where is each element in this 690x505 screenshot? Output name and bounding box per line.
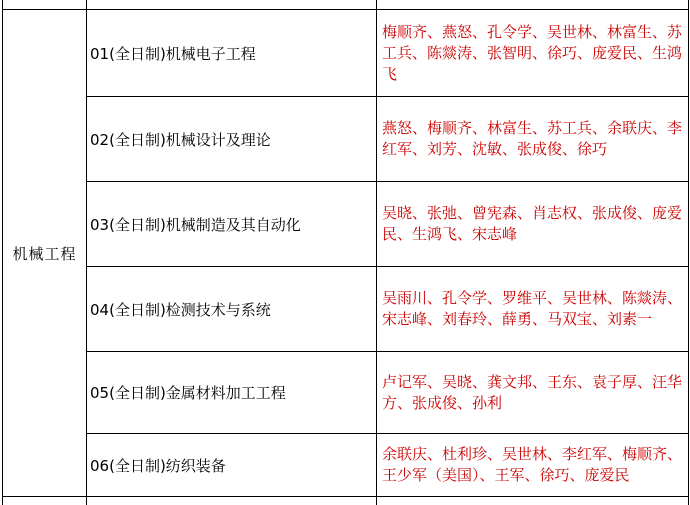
advisors-text: 卢记军、吴晓、龚文邦、王东、袁子厚、汪华方、张成俊、孙利: [382, 372, 686, 414]
advisors-cell: 余联庆、杜利珍、吴世林、李红军、梅顺齐、王少军（美国）、王军、徐巧、庞爱民: [377, 434, 688, 496]
advisors-cell: 吴晓、张弛、曾宪森、肖志权、张成俊、庞爱民、生鸿飞、宋志峰: [377, 182, 688, 266]
advisors-cell: 梅顺齐、燕怒、孔令学、吴世林、林富生、苏工兵、陈燚涛、张智明、徐巧、庞爱民、生鸿…: [377, 10, 688, 96]
program-label: 06(全日制)纺织装备: [90, 455, 226, 476]
advisors-cell: 燕怒、梅顺齐、林富生、苏工兵、余联庆、李红军、刘芳、沈敏、张成俊、徐巧: [377, 97, 688, 181]
program-label: 01(全日制)机械电子工程: [90, 43, 256, 64]
program-cell: 03(全日制)机械制造及其自动化: [87, 182, 376, 266]
advisors-text: 吴雨川、孔令学、罗维平、吴世林、陈燚涛、宋志峰、刘春玲、薛勇、马双宝、刘素一: [382, 288, 686, 330]
program-cell: 04(全日制)检测技术与系统: [87, 267, 376, 351]
advisors-text: 余联庆、杜利珍、吴世林、李红军、梅顺齐、王少军（美国）、王军、徐巧、庞爱民: [382, 444, 686, 486]
program-label: 04(全日制)检测技术与系统: [90, 299, 271, 320]
table-row: 05(全日制)金属材料加工工程 卢记军、吴晓、龚文邦、王东、袁子厚、汪华方、张成…: [0, 352, 690, 433]
program-cell: 02(全日制)机械设计及理论: [87, 97, 376, 181]
program-cell: 05(全日制)金属材料加工工程: [87, 352, 376, 433]
program-label: 05(全日制)金属材料加工工程: [90, 382, 286, 403]
program-label: 02(全日制)机械设计及理论: [90, 129, 271, 150]
table-row: 02(全日制)机械设计及理论 燕怒、梅顺齐、林富生、苏工兵、余联庆、李红军、刘芳…: [0, 97, 690, 181]
advisors-text: 燕怒、梅顺齐、林富生、苏工兵、余联庆、李红军、刘芳、沈敏、张成俊、徐巧: [382, 118, 686, 160]
advisors-cell: 吴雨川、孔令学、罗维平、吴世林、陈燚涛、宋志峰、刘春玲、薛勇、马双宝、刘素一: [377, 267, 688, 351]
graduate-programs-table: 机械工程 01(全日制)机械电子工程 梅顺齐、燕怒、孔令学、吴世林、林富生、苏工…: [0, 0, 690, 505]
table-row: 03(全日制)机械制造及其自动化 吴晓、张弛、曾宪森、肖志权、张成俊、庞爱民、生…: [0, 182, 690, 266]
program-cell: 01(全日制)机械电子工程: [87, 10, 376, 96]
advisors-text: 梅顺齐、燕怒、孔令学、吴世林、林富生、苏工兵、陈燚涛、张智明、徐巧、庞爱民、生鸿…: [382, 22, 686, 85]
advisors-text: 吴晓、张弛、曾宪森、肖志权、张成俊、庞爱民、生鸿飞、宋志峰: [382, 203, 686, 245]
program-cell: 06(全日制)纺织装备: [87, 434, 376, 496]
advisors-cell: 卢记军、吴晓、龚文邦、王东、袁子厚、汪华方、张成俊、孙利: [377, 352, 688, 433]
table-row: 01(全日制)机械电子工程 梅顺齐、燕怒、孔令学、吴世林、林富生、苏工兵、陈燚涛…: [0, 10, 690, 96]
table-row: 04(全日制)检测技术与系统 吴雨川、孔令学、罗维平、吴世林、陈燚涛、宋志峰、刘…: [0, 267, 690, 351]
program-label: 03(全日制)机械制造及其自动化: [90, 214, 301, 235]
table-row: 06(全日制)纺织装备 余联庆、杜利珍、吴世林、李红军、梅顺齐、王少军（美国）、…: [0, 434, 690, 496]
table-border-bottom: [2, 496, 689, 497]
